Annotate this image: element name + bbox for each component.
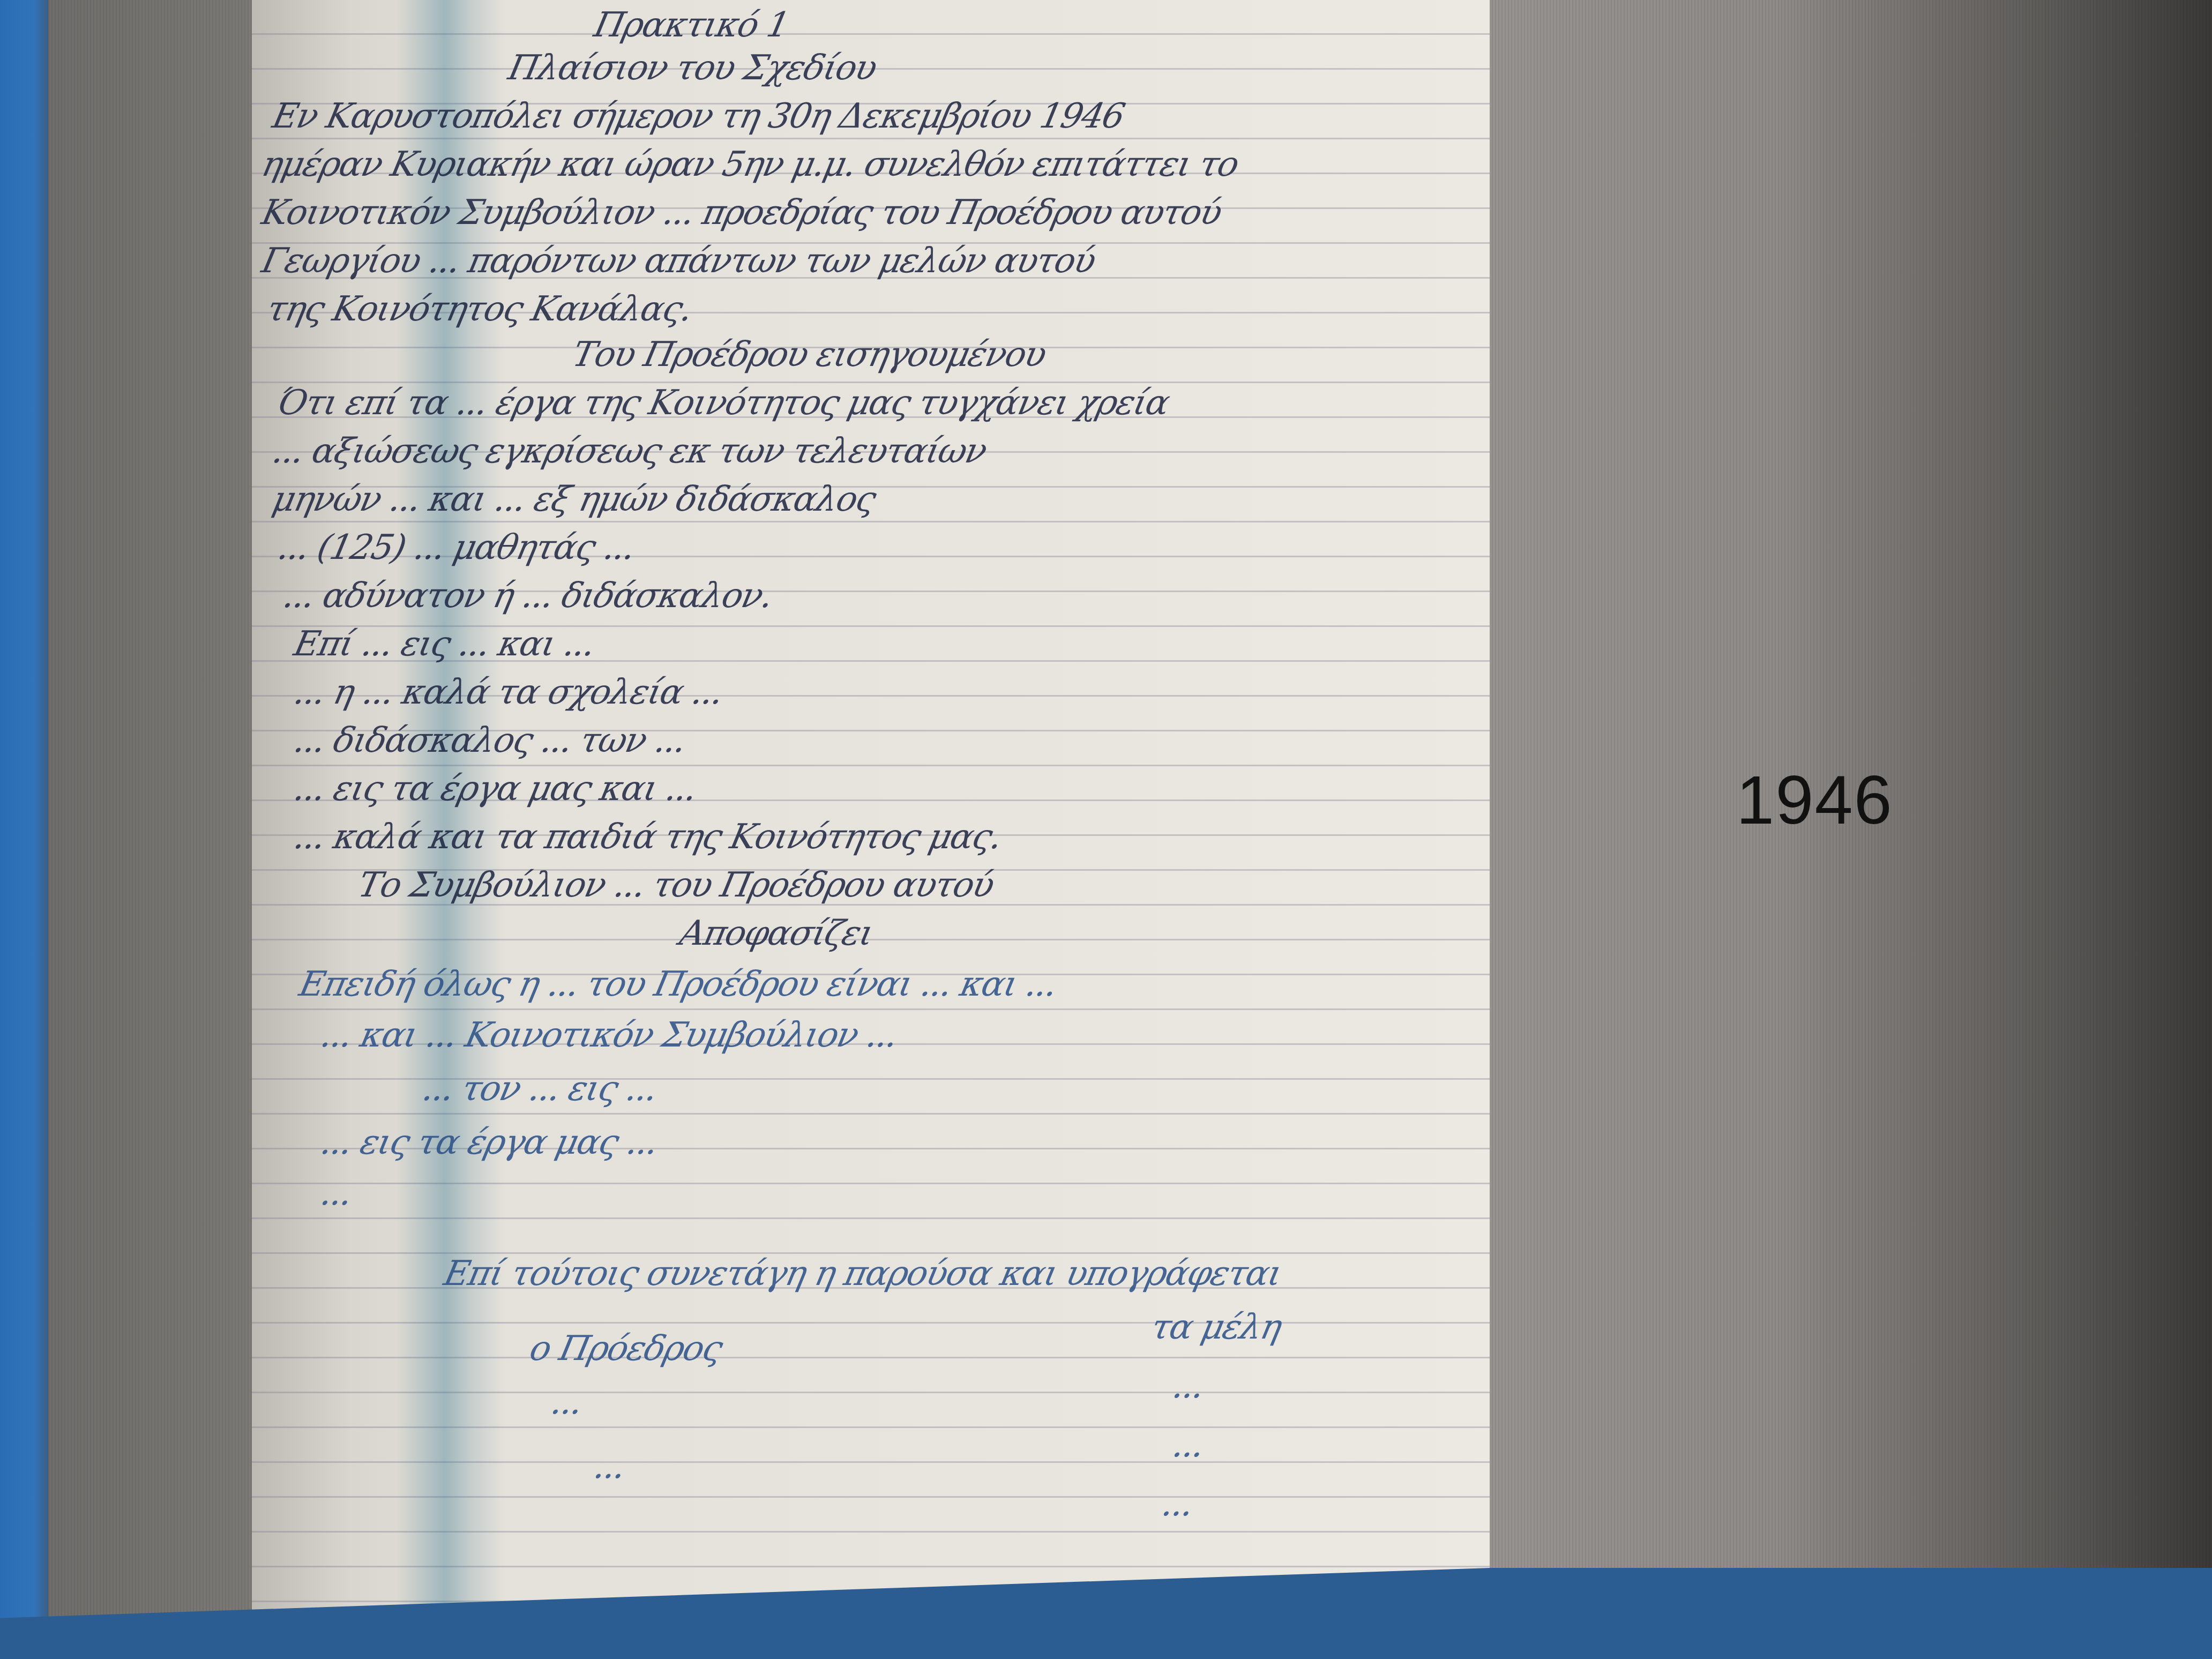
doc-body-line: μηνών ... και ... εξ ημών διδάσκαλος	[269, 480, 879, 519]
doc-body-line: Κοινοτικόν Συμβούλιον ... προεδρίας του …	[258, 193, 1224, 233]
doc-body-line: ... καλά και τα παιδιά της Κοινότητος μα…	[290, 817, 1005, 857]
doc-body-line: Επί ... εις ... και ...	[290, 624, 598, 664]
doc-body-line: Γεωργίου ... παρόντων απάντων των μελών …	[258, 241, 1098, 281]
doc-body-line: Επειδή όλως η ... του Προέδρου είναι ...…	[296, 965, 1060, 1004]
doc-body-line: Του Προέδρου εισηγουμένου	[569, 335, 1049, 375]
signature-right: ...	[1159, 1484, 1197, 1524]
doc-body-line: ...	[317, 1174, 355, 1213]
doc-closing-line: Επί τούτοις συνετάγη η παρούσα και υπογρ…	[440, 1254, 1285, 1294]
doc-body-line: Ότι επί τα ... έργα της Κοινότητος μας τ…	[274, 383, 1172, 423]
doc-body-line: ... εις τα έργα μας και ...	[290, 769, 700, 809]
doc-body-line: ... τον ... εις ...	[419, 1069, 660, 1109]
signature-left: ...	[591, 1447, 629, 1486]
doc-body-line: Το Συμβούλιον ... του Προέδρου αυτού	[355, 865, 997, 905]
signature-title-left: ο Πρόεδρος	[526, 1329, 725, 1369]
screen-left-edge	[0, 0, 48, 1659]
doc-body-line: ημέραν Κυριακήν και ώραν 5ην μ.μ. συνελθ…	[258, 145, 1242, 184]
scanned-document-image: Πρακτικό 1 Πλαίσιον του Σχεδίου Εν Καρυσ…	[252, 0, 1490, 1618]
signature-left: ...	[548, 1382, 586, 1422]
doc-body-line: ... (125) ... μαθητάς ...	[274, 528, 638, 567]
doc-body-line: ... αδύνατον ή ... διδάσκαλον.	[280, 576, 776, 616]
signature-right: ...	[1169, 1366, 1207, 1406]
doc-heading-line: Πρακτικό 1	[591, 5, 792, 45]
doc-heading-line: Πλαίσιον του Σχεδίου	[505, 48, 880, 88]
doc-body-line: Εν Καρυστοπόλει σήμερον τη 30η Δεκεμβρίο…	[269, 96, 1127, 136]
signature-title-right: τα μέλη	[1148, 1307, 1285, 1347]
doc-body-line: ... η ... καλά τα σχολεία ...	[290, 672, 726, 712]
signature-right: ...	[1169, 1425, 1207, 1465]
doc-body-line: ... εις τα έργα μας ...	[317, 1123, 661, 1162]
doc-body-line: Αποφασίζει	[676, 914, 876, 953]
doc-body-line: της Κοινότητος Κανάλας.	[264, 289, 696, 329]
slide-caption-year: 1946	[1736, 761, 1893, 840]
doc-body-line: ... και ... Κοινοτικόν Συμβούλιον ...	[317, 1015, 901, 1055]
doc-body-line: ... αξιώσεως εγκρίσεως εκ των τελευταίων	[269, 431, 990, 471]
doc-body-line: ... διδάσκαλος ... των ...	[290, 721, 689, 760]
